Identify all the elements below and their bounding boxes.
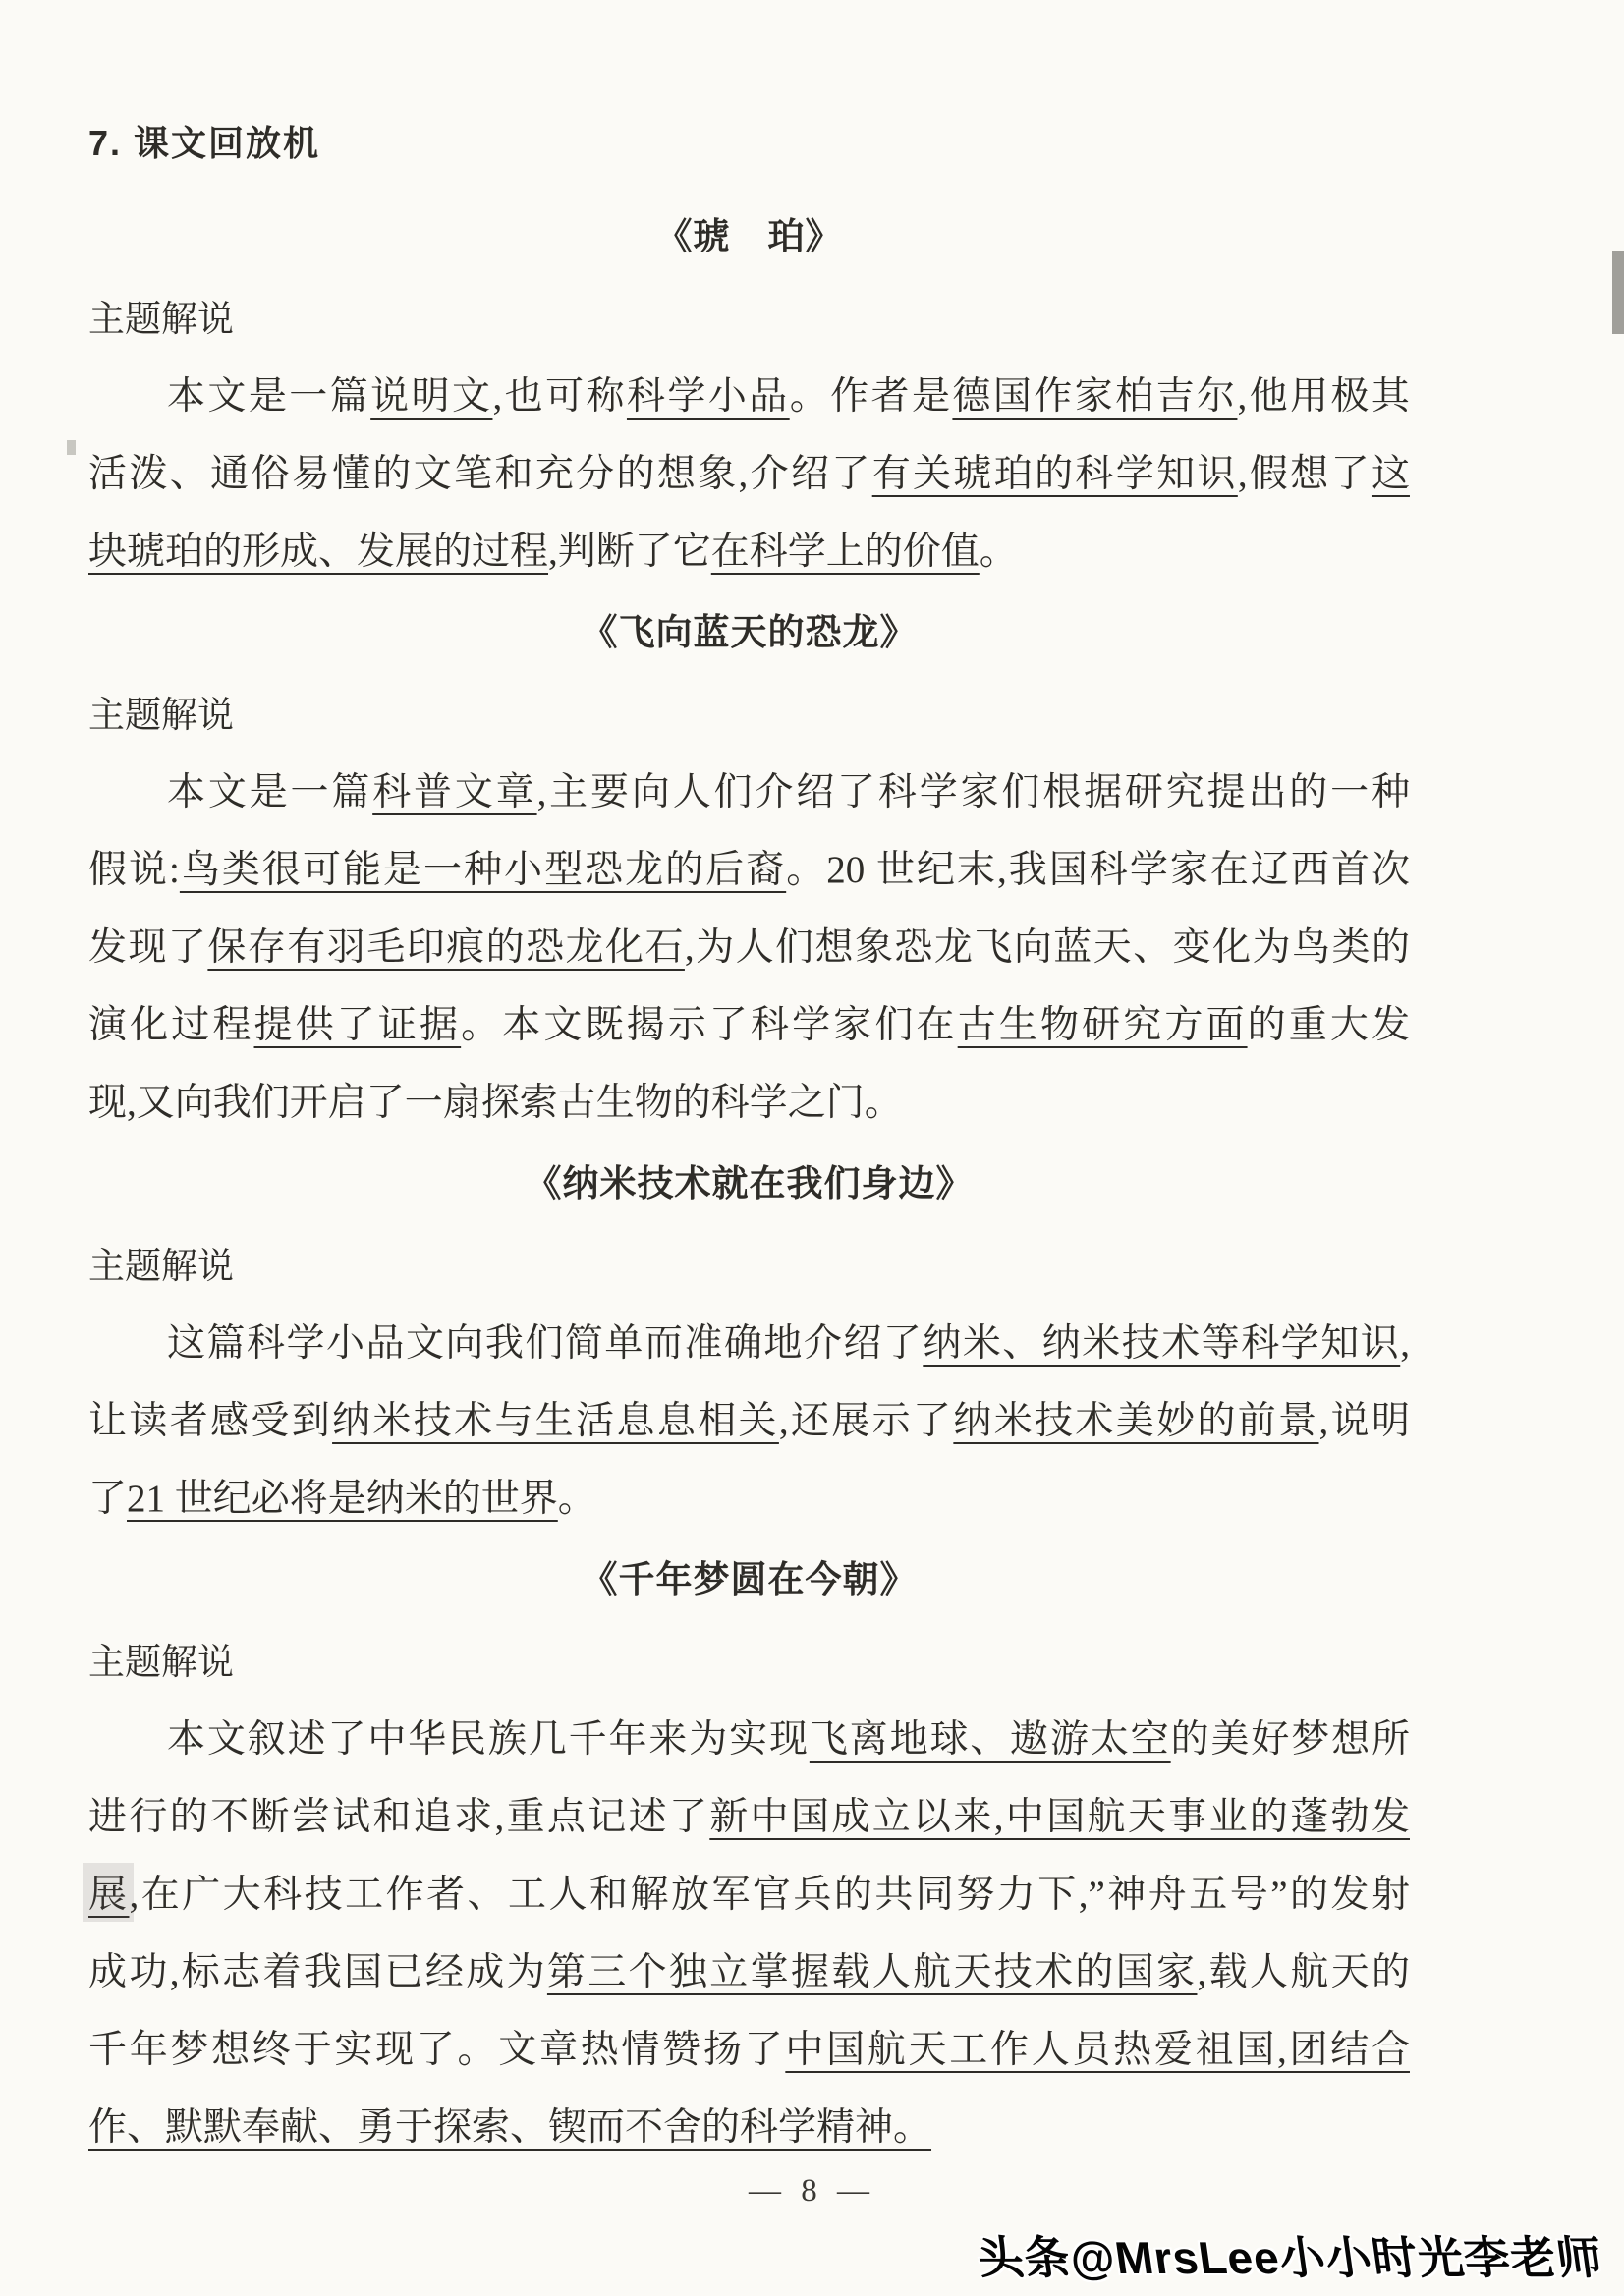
underlined-phrase: 21 世纪必将是纳米的世界 [127, 1478, 558, 1520]
underlined-phrase: 第三个独立掌握载人航天技术的国家 [547, 1951, 1198, 1993]
text-line: 成功,标志着我国已经成为第三个独立掌握载人航天技术的国家,载人航天的 [88, 1933, 1410, 2011]
text-line: 本文是一篇科普文章,主要向人们介绍了科学家们根据研究提出的一种 [88, 754, 1410, 831]
text-run: 现,又向我们开启了一扇探索古生物的科学之门。 [88, 1082, 903, 1124]
paragraph: 本文是一篇说明文,也可称科学小品。作者是德国作家柏吉尔,他用极其活泼、通俗易懂的… [88, 358, 1410, 590]
underlined-phrase: 这 [1372, 453, 1410, 495]
text-run: 的重大发 [1248, 1004, 1410, 1046]
text-run: 。 [980, 531, 1018, 573]
text-run: 活泼、通俗易懂的文笔和充分的想象,介绍了 [88, 453, 872, 495]
page-number: — 8 — [0, 2173, 1624, 2210]
text-line: 假说:鸟类很可能是一种小型恐龙的后裔。20 世纪末,我国科学家在辽西首次 [88, 831, 1410, 909]
text-run: ,也可称 [492, 375, 626, 418]
text-run: 成功,标志着我国已经成为 [88, 1951, 547, 1993]
text-run: ,他用极其 [1237, 375, 1409, 418]
text-line: 块琥珀的形成、发展的过程,判断了它在科学上的价值。 [88, 513, 1410, 590]
text-run: , [1400, 1322, 1410, 1365]
text-line: 展,在广大科技工作者、工人和解放军官兵的共同努力下,”神舟五号”的发射 [88, 1856, 1410, 1933]
text-run: ,说明 [1319, 1400, 1410, 1442]
underlined-phrase: 古生物研究方面 [958, 1004, 1248, 1046]
text-run: 。 [558, 1478, 596, 1520]
text-line: 活泼、通俗易懂的文笔和充分的想象,介绍了有关琥珀的科学知识,假想了这 [88, 435, 1410, 513]
text-line: 本文是一篇说明文,也可称科学小品。作者是德国作家柏吉尔,他用极其 [88, 358, 1410, 435]
document-body: 7. 课文回放机 《琥 珀》主题解说本文是一篇说明文,也可称科学小品。作者是德国… [88, 116, 1410, 2166]
underlined-phrase: 有关琥珀的科学知识 [872, 453, 1238, 495]
underlined-phrase: 纳米技术与生活息息相关 [332, 1400, 779, 1442]
paragraph: 本文叙述了中华民族几千年来为实现飞离地球、遨游太空的美好梦想所进行的不断尝试和追… [88, 1701, 1410, 2166]
text-line: 作、默默奉献、勇于探索、锲而不舍的科学精神。 [88, 2089, 1410, 2166]
underlined-phrase: 保存有羽毛印痕的恐龙化石 [207, 926, 685, 969]
text-run: ,还展示了 [779, 1400, 953, 1442]
text-run: 让读者感受到 [88, 1400, 332, 1442]
underlined-phrase: 纳米技术美妙的前景 [953, 1400, 1318, 1442]
scan-artifact-right-edge [1612, 251, 1624, 334]
subheading: 主题解说 [88, 1226, 1410, 1305]
underlined-phrase: 块琥珀的形成、发展的过程 [88, 531, 548, 573]
text-run: 演化过程 [88, 1004, 254, 1046]
underlined-phrase: 中国航天工作人员热爱祖国,团结合 [785, 2029, 1410, 2071]
text-run: 发现了 [88, 926, 207, 969]
text-line: 千年梦想终于实现了。文章热情赞扬了中国航天工作人员热爱祖国,团结合 [88, 2011, 1410, 2089]
underlined-phrase: 作、默默奉献、勇于探索、锲而不舍的科学精神。 [88, 2106, 931, 2149]
underlined-phrase: 德国作家柏吉尔 [952, 375, 1237, 418]
text-line: 本文叙述了中华民族几千年来为实现飞离地球、遨游太空的美好梦想所 [88, 1701, 1410, 1778]
text-line: 了21 世纪必将是纳米的世界。 [88, 1460, 1410, 1538]
text-run: 了 [88, 1478, 127, 1520]
paragraph: 本文是一篇科普文章,主要向人们介绍了科学家们根据研究提出的一种假说:鸟类很可能是… [88, 754, 1410, 1142]
text-run: ,主要向人们介绍了科学家们根据研究提出的一种 [537, 771, 1410, 813]
subheading: 主题解说 [88, 279, 1410, 358]
section: 《琥 珀》主题解说本文是一篇说明文,也可称科学小品。作者是德国作家柏吉尔,他用极… [88, 195, 1410, 590]
text-line: 让读者感受到纳米技术与生活息息相关,还展示了纳米技术美妙的前景,说明 [88, 1382, 1410, 1460]
section-title: 《琥 珀》 [88, 195, 1410, 279]
page: { "page": { "header": "7. 课文回放机", "foote… [0, 0, 1624, 2296]
underlined-phrase: 纳米、纳米技术等科学知识 [923, 1322, 1400, 1365]
text-run: 。作者是 [790, 375, 953, 418]
text-run: 本文是一篇 [167, 375, 370, 418]
underlined-phrase: 在科学上的价值 [711, 531, 980, 573]
section-title: 《飞向蓝天的恐龙》 [88, 590, 1410, 675]
sections: 《琥 珀》主题解说本文是一篇说明文,也可称科学小品。作者是德国作家柏吉尔,他用极… [88, 195, 1410, 2166]
underlined-phrase: 科普文章 [372, 771, 536, 813]
underlined-phrase: 飞离地球、遨游太空 [810, 1718, 1171, 1761]
text-run: 这篇科学小品文向我们简单而准确地介绍了 [167, 1322, 923, 1365]
text-run: 假说: [88, 849, 180, 891]
text-run: 进行的不断尝试和追求,重点记述了 [88, 1796, 709, 1838]
scan-artifact-smudge [83, 1863, 134, 1922]
text-run: 。本文既揭示了科学家们在 [461, 1004, 958, 1046]
text-run: ,在广大科技工作者、工人和解放军官兵的共同努力下,”神舟五号”的发射 [129, 1874, 1410, 1916]
subheading: 主题解说 [88, 1622, 1410, 1701]
paragraph: 这篇科学小品文向我们简单而准确地介绍了纳米、纳米技术等科学知识,让读者感受到纳米… [88, 1305, 1410, 1538]
text-run: 千年梦想终于实现了。文章热情赞扬了 [88, 2029, 785, 2071]
text-run: ,判断了它 [548, 531, 711, 573]
section-title: 《千年梦圆在今朝》 [88, 1538, 1410, 1622]
text-line: 演化过程提供了证据。本文既揭示了科学家们在古生物研究方面的重大发 [88, 986, 1410, 1064]
underlined-phrase: 科学小品 [627, 375, 790, 418]
text-line: 这篇科学小品文向我们简单而准确地介绍了纳米、纳米技术等科学知识, [88, 1305, 1410, 1382]
watermark: 头条@MrsLee小小时光李老师 [973, 2222, 1606, 2287]
underlined-phrase: 鸟类很可能是一种小型恐龙的后裔 [180, 849, 786, 891]
text-run: ,载人航天的 [1197, 1951, 1410, 1993]
section-header: 7. 课文回放机 [88, 116, 1410, 195]
underlined-phrase: 新中国成立以来,中国航天事业的蓬勃发 [709, 1796, 1410, 1838]
subheading: 主题解说 [88, 675, 1410, 754]
section: 《飞向蓝天的恐龙》主题解说本文是一篇科普文章,主要向人们介绍了科学家们根据研究提… [88, 590, 1410, 1142]
text-run: ,为人们想象恐龙飞向蓝天、变化为鸟类的 [685, 926, 1410, 969]
text-run: ,假想了 [1238, 453, 1372, 495]
text-run: 。20 世纪末,我国科学家在辽西首次 [786, 849, 1410, 891]
text-line: 进行的不断尝试和追求,重点记述了新中国成立以来,中国航天事业的蓬勃发 [88, 1778, 1410, 1856]
text-run: 本文是一篇 [167, 771, 372, 813]
underlined-phrase: 提供了证据 [254, 1004, 462, 1046]
section-title: 《纳米技术就在我们身边》 [88, 1142, 1410, 1226]
section: 《纳米技术就在我们身边》主题解说这篇科学小品文向我们简单而准确地介绍了纳米、纳米… [88, 1142, 1410, 1538]
text-run: 本文叙述了中华民族几千年来为实现 [167, 1718, 810, 1761]
underlined-phrase: 说明文 [370, 375, 492, 418]
text-line: 发现了保存有羽毛印痕的恐龙化石,为人们想象恐龙飞向蓝天、变化为鸟类的 [88, 909, 1410, 986]
scan-artifact-dot [67, 440, 76, 455]
section: 《千年梦圆在今朝》主题解说本文叙述了中华民族几千年来为实现飞离地球、遨游太空的美… [88, 1538, 1410, 2166]
text-run: 的美好梦想所 [1171, 1718, 1410, 1761]
text-line: 现,又向我们开启了一扇探索古生物的科学之门。 [88, 1064, 1410, 1142]
